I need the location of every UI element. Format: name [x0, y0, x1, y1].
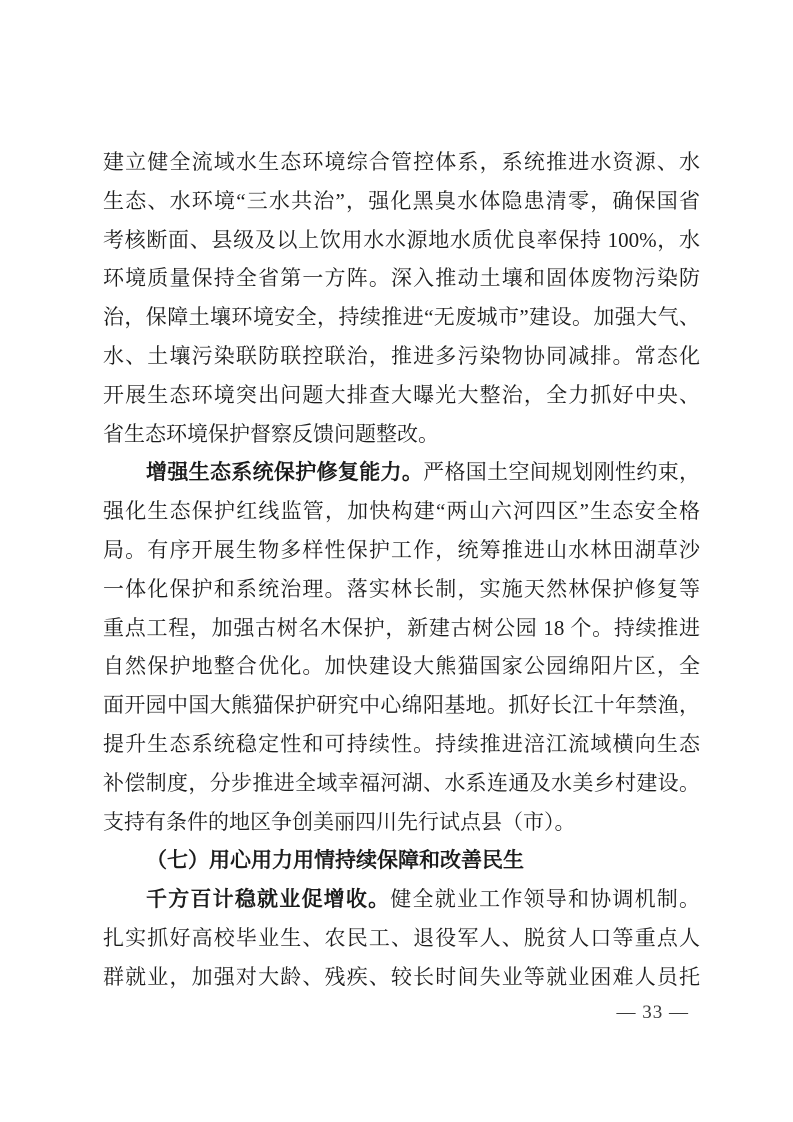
section-heading: （七）用心用力用情持续保障和改善民生	[103, 841, 700, 880]
text-line: 强化生态保护红线监管，加快构建“两山六河四区”生态安全格	[103, 492, 700, 531]
text-line: 治，保障土壤环境安全，持续推进“无废城市”建设。加强大气、	[103, 298, 700, 337]
paragraph-lead-line: 千方百计稳就业促增收。健全就业工作领导和协调机制。	[103, 880, 700, 919]
page-number: — 33 —	[617, 1001, 690, 1025]
text-line: 面开园中国大熊猫保护研究中心绵阳基地。抓好长江十年禁渔，	[103, 686, 700, 725]
text-line: 自然保护地整合优化。加快建设大熊猫国家公园绵阳片区，全	[103, 647, 700, 686]
text-line: 水、土壤污染联防联控联治，推进多污染物协同减排。常态化	[103, 337, 700, 376]
paragraph-lead-text: 严格国土空间规划刚性约束，	[423, 460, 700, 484]
text-line: 省生态环境保护督察反馈问题整改。	[103, 415, 700, 454]
text-line: 扎实抓好高校毕业生、农民工、退役军人、脱贫人口等重点人	[103, 919, 700, 958]
text-line: 一体化保护和系统治理。落实林长制，实施天然林保护修复等	[103, 570, 700, 609]
text-line: 生态、水环境“三水共治”，强化黑臭水体隐患清零，确保国省	[103, 182, 700, 221]
text-line: 提升生态系统稳定性和可持续性。持续推进涪江流域横向生态	[103, 725, 700, 764]
text-line: 建立健全流域水生态环境综合管控体系，系统推进水资源、水	[103, 143, 700, 182]
text-line: 群就业，加强对大龄、残疾、较长时间失业等就业困难人员托	[103, 958, 700, 997]
text-line: 支持有条件的地区争创美丽四川先行试点县（市）。	[103, 803, 700, 842]
text-line: 局。有序开展生物多样性保护工作，统筹推进山水林田湖草沙	[103, 531, 700, 570]
paragraph-lead-text: 健全就业工作领导和协调机制。	[390, 887, 700, 911]
text-line: 重点工程，加强古树名木保护，新建古树公园 18 个。持续推进	[103, 609, 700, 648]
text-line: 考核断面、县级及以上饮用水水源地水质优良率保持 100%，水	[103, 221, 700, 260]
text-line: 环境质量保持全省第一方阵。深入推动土壤和固体废物污染防	[103, 259, 700, 298]
text-line: 补偿制度，分步推进全域幸福河湖、水系连通及水美乡村建设。	[103, 764, 700, 803]
document-body: 建立健全流域水生态环境综合管控体系，系统推进水资源、水 生态、水环境“三水共治”…	[103, 143, 700, 997]
paragraph-lead-bold: 增强生态系统保护修复能力。	[146, 460, 423, 484]
text-line: 开展生态环境突出问题大排查大曝光大整治，全力抓好中央、	[103, 376, 700, 415]
paragraph-lead-bold: 千方百计稳就业促增收。	[146, 887, 390, 911]
paragraph-lead-line: 增强生态系统保护修复能力。严格国土空间规划刚性约束，	[103, 453, 700, 492]
document-page: 建立健全流域水生态环境综合管控体系，系统推进水资源、水 生态、水环境“三水共治”…	[0, 0, 793, 1122]
